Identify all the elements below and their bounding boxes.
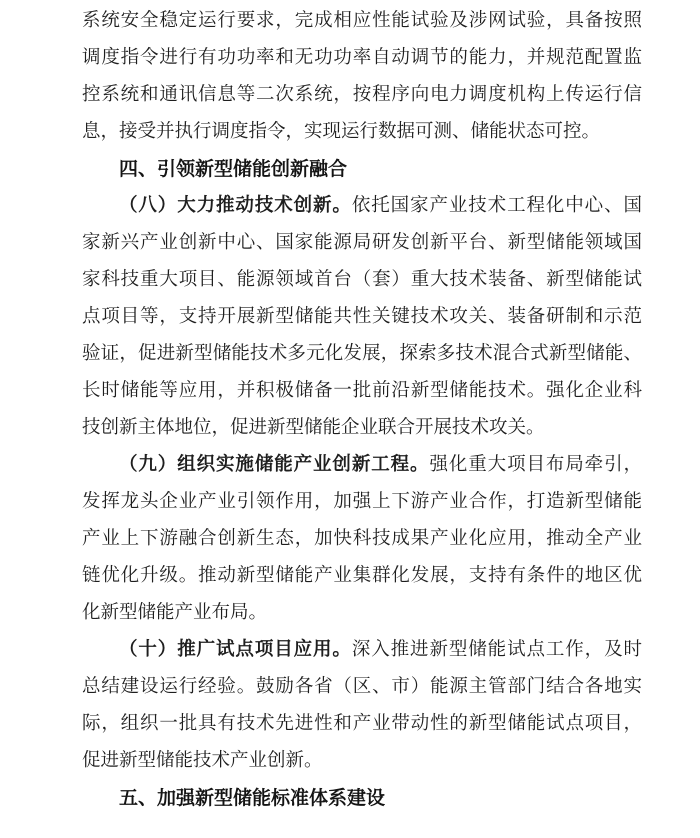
text-line: 总结建设运行经验。鼓励各省（区、市）能源主管部门结合各地实	[82, 669, 642, 706]
paragraph-lead-rest: 依托国家产业技术工程化中心、国	[352, 196, 642, 216]
text-line: 家新兴产业创新中心、国家能源局研发创新平台、新型储能领域国	[82, 225, 642, 262]
text-line: （九）组织实施储能产业创新工程。强化重大项目布局牵引，	[82, 447, 642, 484]
text-line: 长时储能等应用，并积极储备一批前沿新型储能技术。强化企业科	[82, 373, 642, 410]
text-line: 点项目等，支持开展新型储能共性关键技术攻关、装备研制和示范	[82, 299, 642, 336]
text-line: 促进新型储能技术产业创新。	[82, 743, 642, 780]
text-line: 际，组织一批具有技术先进性和产业带动性的新型储能试点项目，	[82, 706, 642, 743]
text-line: 链优化升级。推动新型储能产业集群化发展，支持有条件的地区优	[82, 558, 642, 595]
section-heading-4: 四、引领新型储能创新融合	[82, 151, 642, 188]
section-heading-5: 五、加强新型储能标准体系建设	[82, 780, 642, 817]
document-page: 系统安全稳定运行要求，完成相应性能试验及涉网试验，具备按照 调度指令进行有功功率…	[0, 0, 700, 838]
text-line: （十）推广试点项目应用。深入推进新型储能试点工作，及时	[82, 632, 642, 669]
text-line: 家科技重大项目、能源领域首台（套）重大技术装备、新型储能试	[82, 262, 642, 299]
text-line: 发挥龙头企业产业引领作用，加强上下游产业合作，打造新型储能	[82, 484, 642, 521]
text-line: 验证，促进新型储能技术多元化发展，探索多技术混合式新型储能、	[82, 336, 642, 373]
paragraph-lead: （十）推广试点项目应用。	[119, 640, 352, 660]
text-line: （八）大力推动技术创新。依托国家产业技术工程化中心、国	[82, 188, 642, 225]
text-line: 息，接受并执行调度指令，实现运行数据可测、储能状态可控。	[82, 114, 642, 151]
text-line: 化新型储能产业布局。	[82, 595, 642, 632]
text-line: 系统安全稳定运行要求，完成相应性能试验及涉网试验，具备按照	[82, 3, 642, 40]
text-line: 技创新主体地位，促进新型储能企业联合开展技术攻关。	[82, 410, 642, 447]
paragraph-lead-rest: 深入推进新型储能试点工作，及时	[352, 640, 642, 660]
paragraph-lead-rest: 强化重大项目布局牵引，	[429, 455, 642, 475]
text-line: 产业上下游融合创新生态，加快科技成果产业化应用，推动全产业	[82, 521, 642, 558]
paragraph-lead: （八）大力推动技术创新。	[119, 196, 352, 216]
text-line: 控系统和通讯信息等二次系统，按程序向电力调度机构上传运行信	[82, 77, 642, 114]
text-line: 调度指令进行有功功率和无功功率自动调节的能力，并规范配置监	[82, 40, 642, 77]
paragraph-lead: （九）组织实施储能产业创新工程。	[119, 455, 429, 475]
